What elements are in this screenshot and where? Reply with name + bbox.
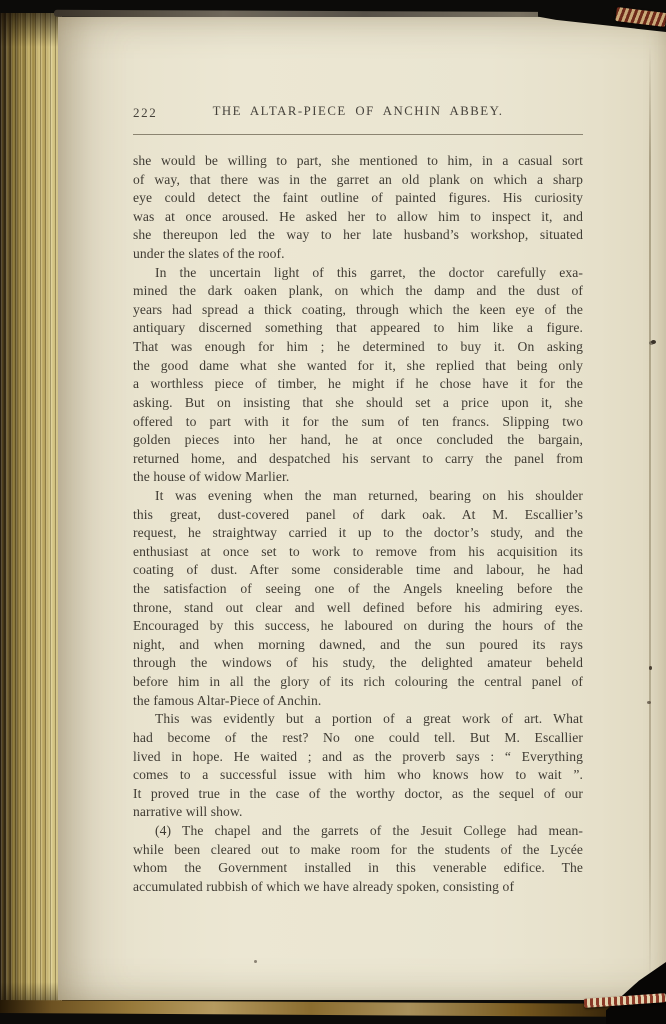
text-line: she thereupon led the way to her late hu… [133, 226, 583, 245]
text-line: That was enough for him ; he determined … [133, 338, 583, 357]
paragraph: This was evidently but a portion of a gr… [133, 710, 583, 822]
ink-speck [649, 666, 652, 670]
text-line: offered to part with it for the sum of t… [133, 413, 583, 432]
text-line: night, and when morning dawned, and the … [133, 636, 583, 655]
text-line: (4) The chapel and the garrets of the Je… [133, 822, 583, 841]
header-rule [133, 134, 583, 135]
text-line: throne, stand out clear and well defined… [133, 599, 583, 618]
text-line: this great, dust-covered panel of dark o… [133, 506, 583, 525]
text-line: It proved true in the case of the worthy… [133, 785, 583, 804]
paragraph: she would be willing to part, she mentio… [133, 152, 583, 264]
paragraph: In the uncertain light of this garret, t… [133, 264, 583, 487]
text-line: eye could detect the faint outline of pa… [133, 189, 583, 208]
text-line: coating of dust. After some considerable… [133, 561, 583, 580]
text-block: 222 THE ALTAR-PIECE OF ANCHIN ABBEY. she… [133, 104, 583, 122]
book-scan-photo: 222 THE ALTAR-PIECE OF ANCHIN ABBEY. she… [0, 0, 666, 1024]
text-line: she would be willing to part, she mentio… [133, 152, 583, 171]
text-line: of way, that there was in the garret an … [133, 171, 583, 190]
text-line: This was evidently but a portion of a gr… [133, 710, 583, 729]
text-line: the good dame what she wanted for it, sh… [133, 357, 583, 376]
ink-speck [254, 960, 257, 963]
page-number: 222 [133, 105, 157, 121]
text-line: lived in hope. He waited ; and as the pr… [133, 748, 583, 767]
text-line: while been cleared out to make room for … [133, 841, 583, 860]
paragraph: (4) The chapel and the garrets of the Je… [133, 822, 583, 896]
page-text: she would be willing to part, she mentio… [133, 152, 583, 896]
text-line: In the uncertain light of this garret, t… [133, 264, 583, 283]
page-crease [649, 45, 651, 990]
text-line: the satisfaction of seeing one of the An… [133, 580, 583, 599]
text-line: had become of the rest? No one could tel… [133, 729, 583, 748]
text-line: Encouraged by this success, he laboured … [133, 617, 583, 636]
text-line: It was evening when the man returned, be… [133, 487, 583, 506]
text-line: under the slates of the roof. [133, 245, 583, 264]
text-line: request, he straightway carried it up to… [133, 524, 583, 543]
page-header: 222 THE ALTAR-PIECE OF ANCHIN ABBEY. [133, 104, 583, 122]
text-line: golden pieces into her hand, he at once … [133, 431, 583, 450]
text-line: returned home, and despatched his servan… [133, 450, 583, 469]
text-line: enthusiast at once set to work to remove… [133, 543, 583, 562]
book-cover-edge [0, 1000, 648, 1017]
text-line: a worthless piece of timber, he might if… [133, 375, 583, 394]
text-line: before him in all the glory of its rich … [133, 673, 583, 692]
text-line: the house of widow Marlier. [133, 468, 583, 487]
text-line: the famous Altar-Piece of Anchin. [133, 692, 583, 711]
text-line: asking. But on insisting that she should… [133, 394, 583, 413]
ink-speck [651, 340, 656, 344]
paragraph: It was evening when the man returned, be… [133, 487, 583, 710]
text-line: years had spread a thick coating, throug… [133, 301, 583, 320]
ink-speck [647, 701, 651, 704]
text-line: mined the dark oaken plank, on which the… [133, 282, 583, 301]
text-line: whom the Government installed in this ve… [133, 859, 583, 878]
book-page-edges [0, 13, 62, 1008]
text-line: through the windows of his study, the de… [133, 654, 583, 673]
text-line: antiquary discerned something that appea… [133, 319, 583, 338]
text-line: comes to a successful issue with him who… [133, 766, 583, 785]
running-title: THE ALTAR-PIECE OF ANCHIN ABBEY. [133, 104, 583, 119]
text-line: narrative will show. [133, 803, 583, 822]
text-line: was at once aroused. He asked her to all… [133, 208, 583, 227]
text-line: accumulated rubbish of which we have alr… [133, 878, 583, 897]
